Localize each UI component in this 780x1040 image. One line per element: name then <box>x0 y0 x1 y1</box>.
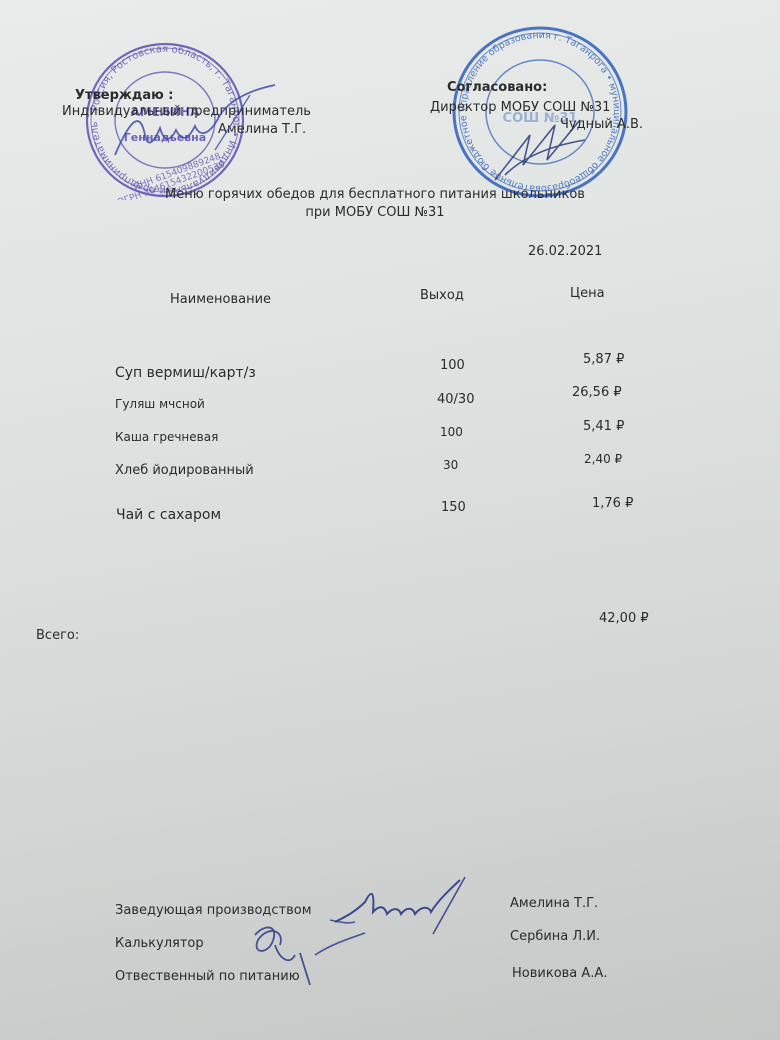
header-price: Цена <box>570 286 605 301</box>
row-price: 5,41 ₽ <box>583 419 624 434</box>
row-output: 100 <box>440 425 463 439</box>
menu-date: 26.02.2021 <box>528 244 602 259</box>
row-name: Чай с сахаром <box>116 507 221 523</box>
row-output: 100 <box>440 358 465 373</box>
menu-title-line1: Меню горячих обедов для бесплатного пита… <box>0 187 750 202</box>
total-value: 42,00 ₽ <box>599 611 649 626</box>
signature-name-nutrition: Новикова А.А. <box>512 966 607 981</box>
row-price: 1,76 ₽ <box>592 496 633 511</box>
row-name: Гуляш мчсной <box>115 397 205 411</box>
menu-title-line2: при МОБУ СОШ №31 <box>0 205 750 220</box>
signature-left-icon <box>100 80 280 170</box>
signature-name-production: Амелина Т.Г. <box>510 896 598 911</box>
header-output: Выход <box>420 288 464 303</box>
header-name: Наименование <box>170 292 271 307</box>
row-output: 40/30 <box>437 392 474 407</box>
agree-heading: Согласовано: <box>447 80 547 95</box>
row-price: 5,87 ₽ <box>583 352 624 367</box>
total-label: Всего: <box>36 628 79 643</box>
row-name: Суп вермиш/карт/з <box>115 365 256 381</box>
row-name: Хлеб йодированный <box>115 463 254 478</box>
row-output: 150 <box>441 500 466 515</box>
row-price: 26,56 ₽ <box>572 385 622 400</box>
row-price: 2,40 ₽ <box>584 452 622 466</box>
row-name: Каша гречневая <box>115 430 218 444</box>
signature-name-calculator: Сербина Л.И. <box>510 929 600 944</box>
signature-right-icon <box>485 105 615 185</box>
signature-serbina-icon <box>240 915 380 990</box>
row-output: 30 <box>443 458 458 472</box>
signature-role-calculator: Калькулятор <box>115 936 204 951</box>
